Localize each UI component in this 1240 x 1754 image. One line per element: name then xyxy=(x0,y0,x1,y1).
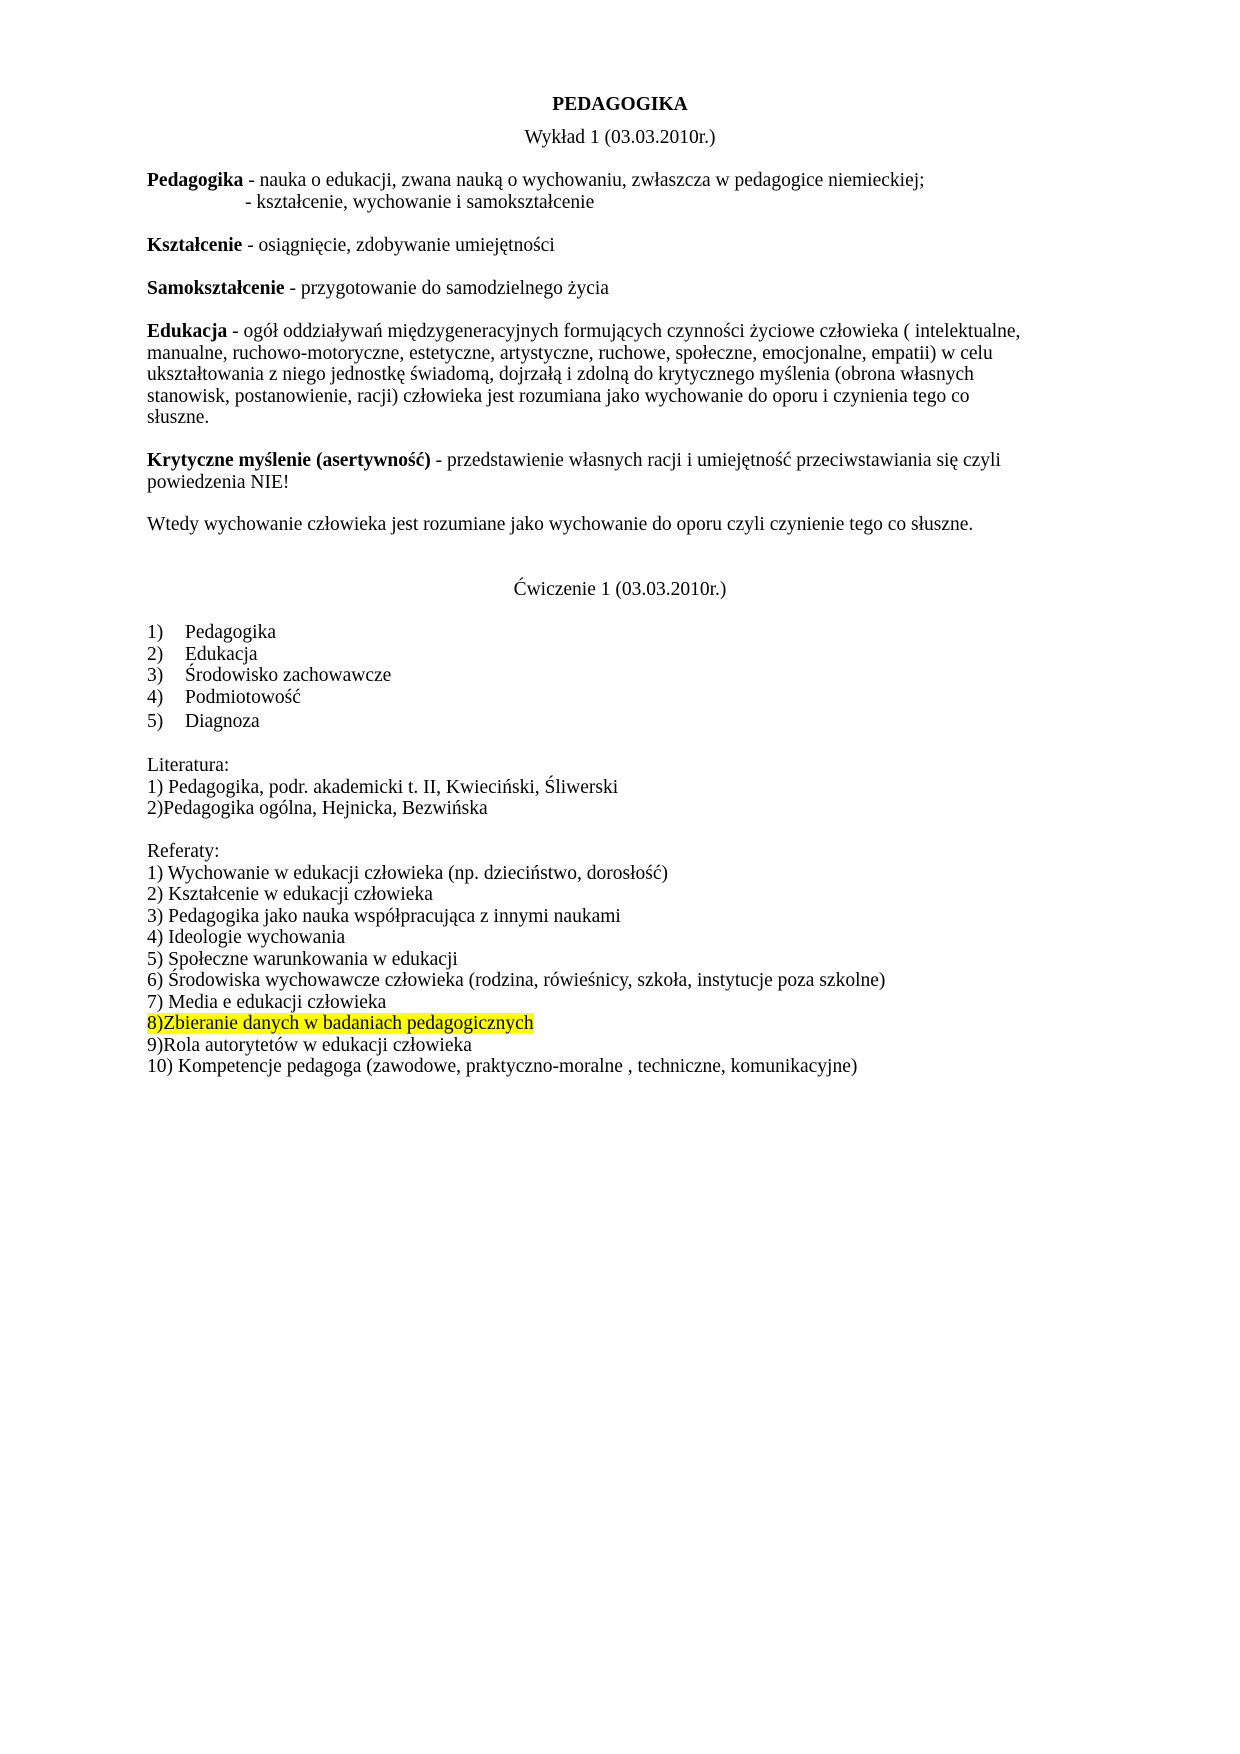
definition-text: - nauka o edukacji, zwana nauką o wychow… xyxy=(243,170,924,191)
paper-item: 4) Ideologie wychowania xyxy=(147,926,345,950)
literature-heading: Literatura: xyxy=(147,754,229,778)
document-title: PEDAGOGIKA xyxy=(0,93,1240,117)
definition-pedagogika: Pedagogika - nauka o edukacji, zwana nau… xyxy=(147,169,925,193)
definition-ksztalcenie: Kształcenie - osiągnięcie, zdobywanie um… xyxy=(147,234,555,258)
definition-samoksztalcenie: Samokształcenie - przygotowanie do samod… xyxy=(147,277,609,301)
paper-item: 2) Kształcenie w edukacji człowieka xyxy=(147,883,433,907)
lecture-heading: Wykład 1 (03.03.2010r.) xyxy=(0,126,1240,150)
exercise-heading: Ćwiczenie 1 (03.03.2010r.) xyxy=(0,578,1240,602)
term: Kształcenie xyxy=(147,235,242,256)
definition-text: - ogół oddziaływań międzygeneracyjnych f… xyxy=(227,321,1020,342)
definition-edukacja-line: słuszne. xyxy=(147,406,209,430)
paper-item: 10) Kompetencje pedagoga (zawodowe, prak… xyxy=(147,1055,857,1079)
definition-text: - przygotowanie do samodzielnego życia xyxy=(285,278,609,299)
list-item: 1)Pedagogika xyxy=(147,621,276,645)
paper-item: 6) Środowiska wychowawcze człowieka (rod… xyxy=(147,969,885,993)
list-item: 4)Podmiotowość xyxy=(147,686,301,710)
definition-krytyczne: Krytyczne myślenie (asertywność) - przed… xyxy=(147,449,1001,473)
definition-krytyczne-line: powiedzenia NIE! xyxy=(147,471,289,495)
definition-edukacja: Edukacja - ogół oddziaływań międzygenera… xyxy=(147,320,1020,344)
definition-pedagogika-subline: - kształcenie, wychowanie i samokształce… xyxy=(245,191,594,215)
definition-edukacja-line: stanowisk, postanowienie, racji) człowie… xyxy=(147,385,970,409)
paper-item-highlighted: 8)Zbieranie danych w badaniach pedagogic… xyxy=(147,1012,534,1036)
summary-paragraph: Wtedy wychowanie człowieka jest rozumian… xyxy=(147,513,973,537)
term: Krytyczne myślenie (asertywność) xyxy=(147,450,431,471)
list-item: 3)Środowisko zachowawcze xyxy=(147,664,391,688)
document-page: PEDAGOGIKA Wykład 1 (03.03.2010r.) Pedag… xyxy=(0,0,1240,1754)
literature-item: 2)Pedagogika ogólna, Hejnicka, Bezwińska xyxy=(147,797,488,821)
definition-text: - osiągnięcie, zdobywanie umiejętności xyxy=(242,235,554,256)
list-item: 5)Diagnoza xyxy=(147,710,260,734)
definition-text: - przedstawienie własnych racji i umieję… xyxy=(431,450,1001,471)
term: Pedagogika xyxy=(147,170,243,191)
highlight-mark: 8)Zbieranie danych w badaniach pedagogic… xyxy=(147,1013,534,1034)
definition-edukacja-line: ukształtowania z niego jednostkę świadom… xyxy=(147,363,974,387)
term: Samokształcenie xyxy=(147,278,285,299)
papers-heading: Referaty: xyxy=(147,840,220,864)
term: Edukacja xyxy=(147,321,227,342)
